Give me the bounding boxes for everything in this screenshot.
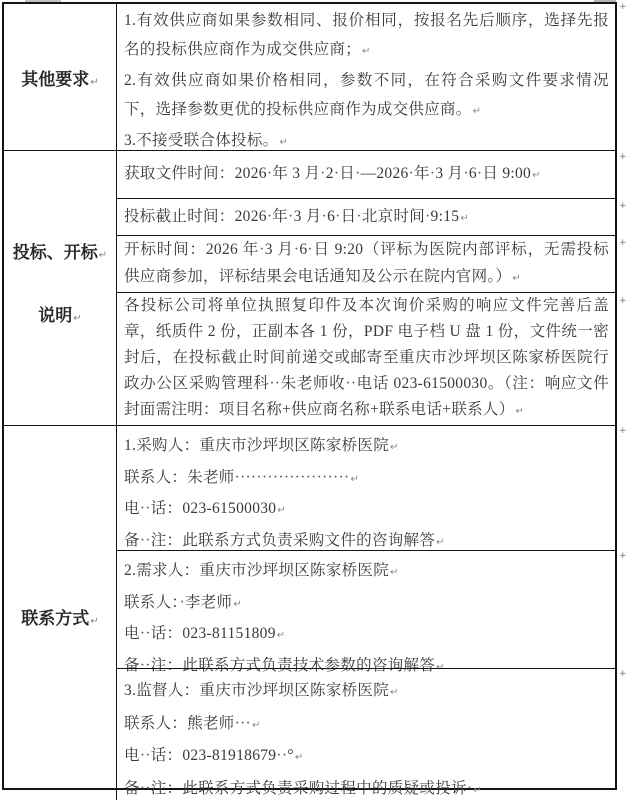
row-end-marker: + — [619, 3, 629, 12]
contact-block-purchaser: 1.采购人：重庆市沙坪坝区陈家桥医院↵ 联系人：朱老师·············… — [117, 426, 615, 550]
requester-phone: 电··话：023-81151809↵ — [124, 619, 609, 651]
supervisor-phone: 电··话：023-81918679··°↵ — [124, 741, 609, 774]
document-page: { "other": { "label": "其他要求↵", "items": … — [0, 0, 634, 800]
row-end-marker: + — [619, 239, 629, 248]
supervisor-note: 备··注：此联系方式负责采购过程中的质疑或投诉·↵ — [124, 774, 609, 800]
row-end-marker: + — [619, 552, 629, 561]
procurement-table: 其他要求↵ 1.有效供应商如果参数相同、报价相同，按报名先后顺序，选择先报名的投… — [2, 2, 617, 790]
purchaser-name: 1.采购人：重庆市沙坪坝区陈家桥医院↵ — [124, 431, 609, 463]
requester-name: 2.需求人：重庆市沙坪坝区陈家桥医院↵ — [124, 556, 609, 588]
supervisor-contact-person: 联系人：熊老师···↵ — [124, 709, 609, 742]
requirement-item: 1.有效供应商如果参数相同、报价相同，按报名先后顺序，选择先报名的投标供应商作为… — [124, 6, 609, 66]
contact-block-supervisor: 3.监督人：重庆市沙坪坝区陈家桥医院↵ 联系人：熊老师···↵ 电··话：023… — [117, 668, 615, 800]
row-header-label-line2: 说明↵ — [38, 301, 81, 326]
subrow-bid-deadline: 投标截止时间：2026·年·3 月·6·日·北京时间·9:15↵ — [117, 198, 615, 234]
row-other-requirements: 其他要求↵ 1.有效供应商如果参数相同、报价相同，按报名先后顺序，选择先报名的投… — [4, 4, 615, 150]
subrow-submission-instructions: 各投标公司将单位执照复印件及本次询价采购的响应文件完善后盖章，纸质件 2 份，正… — [117, 292, 615, 425]
bid-opening-text: 开标时间：2026 年·3 月·6·日 9:20（评标为医院内部评标，无需投标供… — [124, 236, 609, 292]
bid-deadline-text: 投标截止时间：2026·年·3 月·6·日·北京时间·9:15↵ — [124, 202, 609, 233]
row-header-other-requirements: 其他要求↵ — [4, 4, 117, 150]
document-time-text: 获取文件时间：2026·年 3 月·2·日·—2026·年·3 月·6·日 9:… — [124, 159, 609, 190]
row-contact-info: 联系方式↵ 1.采购人：重庆市沙坪坝区陈家桥医院↵ 联系人：朱老师·······… — [4, 425, 615, 800]
row-end-marker: + — [619, 202, 629, 211]
other-requirements-cell: 1.有效供应商如果参数相同、报价相同，按报名先后顺序，选择先报名的投标供应商作为… — [117, 4, 615, 150]
row-bidding-instructions: 投标、开标↵ 说明↵ 获取文件时间：2026·年 3 月·2·日·—2026·年… — [4, 150, 615, 425]
row-end-marker: + — [619, 427, 629, 436]
row-header-contact-info: 联系方式↵ — [4, 426, 117, 800]
subrow-document-time: 获取文件时间：2026·年 3 月·2·日·—2026·年·3 月·6·日 9:… — [117, 151, 615, 198]
row-end-marker: + — [619, 297, 629, 306]
contact-info-cell: 1.采购人：重庆市沙坪坝区陈家桥医院↵ 联系人：朱老师·············… — [117, 426, 615, 800]
row-header-label-line1: 投标、开标↵ — [13, 238, 107, 263]
row-header-label: 联系方式↵ — [21, 604, 98, 629]
requirement-item: 2.有效供应商如果价格相同，参数不同，在符合采购文件要求情况下，选择参数更优的投… — [124, 66, 609, 126]
row-end-marker: + — [619, 153, 629, 162]
subrow-bid-opening: 开标时间：2026 年·3 月·6·日 9:20（评标为医院内部评标，无需投标供… — [117, 235, 615, 292]
row-header-label: 其他要求↵ — [21, 65, 98, 90]
submission-instructions-text: 各投标公司将单位执照复印件及本次询价采购的响应文件完善后盖章，纸质件 2 份，正… — [124, 293, 609, 425]
purchaser-contact-person: 联系人：朱老师·····················↵ — [124, 463, 609, 495]
contact-block-requester: 2.需求人：重庆市沙坪坝区陈家桥医院↵ 联系人：·李老师↵ 电··话：023-8… — [117, 550, 615, 668]
requester-contact-person: 联系人：·李老师↵ — [124, 588, 609, 620]
supervisor-name: 3.监督人：重庆市沙坪坝区陈家桥医院↵ — [124, 676, 609, 709]
bidding-instructions-cell: 获取文件时间：2026·年 3 月·2·日·—2026·年·3 月·6·日 9:… — [117, 151, 615, 425]
row-end-marker: + — [619, 670, 629, 679]
purchaser-phone: 电··话：023-61500030↵ — [124, 494, 609, 526]
row-header-bidding-instructions: 投标、开标↵ 说明↵ — [4, 151, 117, 425]
